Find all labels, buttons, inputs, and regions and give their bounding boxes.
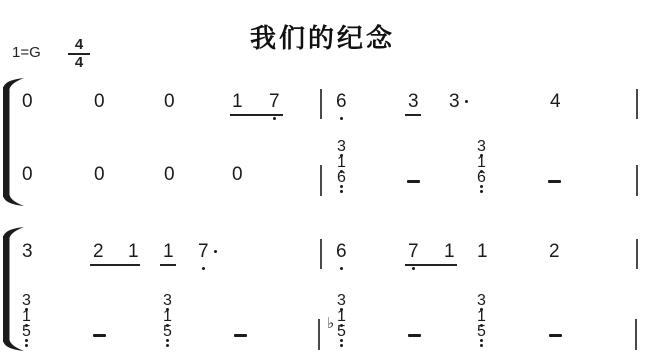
octave-dot [480,339,483,342]
beam-underline [405,264,457,266]
dash-note [234,334,247,337]
octave-dot [340,117,343,120]
note-number: 1 [128,242,139,261]
beam-underline [230,114,283,116]
barline [318,319,320,350]
octave-dot [480,344,483,347]
chord-note-number: 5 [477,324,486,340]
chord-note-number: 6 [337,170,346,186]
dash-note [93,334,106,337]
beam-underline [405,114,421,116]
octave-dot [25,344,28,347]
octave-dot [340,185,343,188]
note-number: 7 [269,92,280,111]
rest-number: 0 [94,92,105,111]
dash-note [549,334,562,337]
barline [320,89,322,119]
barline [320,239,322,269]
chord-note-number: 3 [163,293,172,309]
flat-accidental: ♭ [327,316,334,331]
note-number: 2 [93,242,104,261]
note-number: 2 [549,242,560,261]
rest-number: 0 [164,92,175,111]
note-number: 3 [449,92,460,111]
barline [320,165,322,196]
octave-dot [340,267,343,270]
augmentation-dot [214,250,217,253]
beam-underline [90,264,140,266]
chord-note-number: 3 [22,293,31,309]
note-number: 3 [22,242,33,261]
rest-number: 0 [22,92,33,111]
chord-note-number: 5 [163,324,172,340]
octave-dot [340,344,343,347]
barline [635,319,637,350]
rest-number: 0 [94,165,105,184]
octave-dot [202,267,205,270]
octave-dot [480,190,483,193]
barline [636,239,638,269]
augmentation-dot [465,100,468,103]
note-number: 1 [163,242,174,261]
chord-note-number: 3 [477,139,486,155]
note-number: 1 [444,242,455,261]
octave-dot [412,267,415,270]
note-number: 1 [477,242,488,261]
rest-number: 0 [232,165,243,184]
note-number: 6 [336,242,347,261]
chord-note-number: 6 [477,170,486,186]
chord-note-number: 5 [22,324,31,340]
octave-dot [340,190,343,193]
score-area: 00017633400003163163211767112315315♭3153… [0,0,645,364]
dash-note [408,334,421,337]
note-number: 7 [198,242,209,261]
chord-note-number: 3 [337,293,346,309]
chord-note-number: 3 [337,139,346,155]
octave-dot [340,339,343,342]
chord-note-number: 3 [477,293,486,309]
barline [636,89,638,119]
chord-note-number: 5 [337,324,346,340]
octave-dot [480,185,483,188]
note-number: 7 [408,242,419,261]
rest-number: 0 [164,165,175,184]
octave-dot [166,344,169,347]
note-number: 6 [336,92,347,111]
octave-dot [273,117,276,120]
rest-number: 0 [22,165,33,184]
dash-note [407,180,420,183]
beam-underline [160,264,176,266]
note-number: 4 [550,92,561,111]
note-number: 3 [408,92,419,111]
dash-note [548,180,561,183]
sheet-music-page: 我们的纪念 1=G 4 4 00017633400003163163211767… [0,0,645,364]
octave-dot [166,339,169,342]
note-number: 1 [232,92,243,111]
barline [636,165,638,196]
octave-dot [25,339,28,342]
